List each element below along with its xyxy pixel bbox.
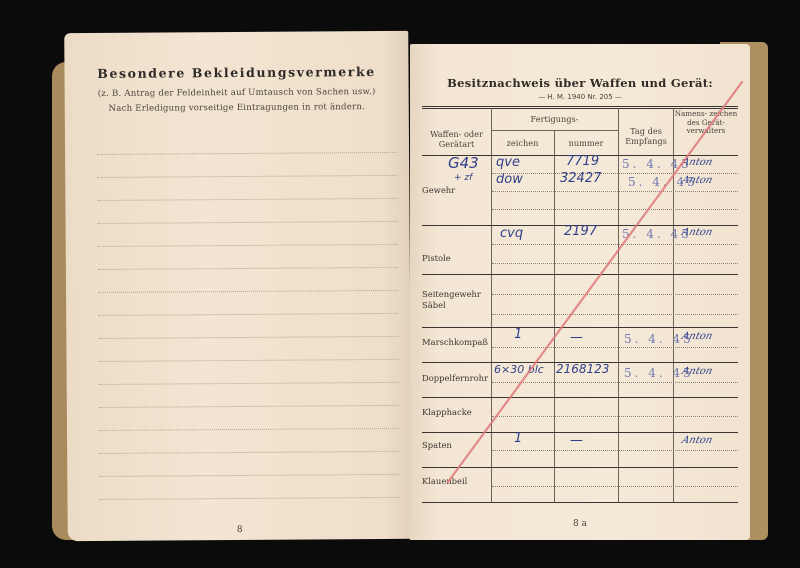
rifle-number: 7719 <box>566 154 599 169</box>
spade-initials: Anton <box>681 435 714 446</box>
rifle-mark: qve <box>496 155 520 170</box>
entry-line <box>492 450 738 451</box>
entry-line <box>492 244 738 245</box>
blank-line <box>99 359 399 362</box>
row-label-pistole: Pistole <box>422 253 451 264</box>
row-rule <box>422 274 738 275</box>
entry-line <box>492 294 738 295</box>
right-page-number: 8 a <box>410 519 750 529</box>
blank-line <box>97 198 397 201</box>
row-label-bayonet: Seitengewehr Säbel <box>422 289 484 311</box>
header-date-received: Tag des Empfangs <box>622 126 670 146</box>
pistol-number: 2197 <box>564 224 597 239</box>
right-page-regulation: — H. M. 1940 Nr. 205 — <box>410 93 750 101</box>
compass-initials: Anton <box>681 331 714 342</box>
binoculars-number: 2168123 <box>556 362 609 376</box>
blank-line <box>99 382 399 385</box>
blank-line <box>99 497 399 500</box>
compass-quantity: 1 <box>514 327 522 342</box>
entry-line <box>492 209 738 210</box>
pistol-initials: Anton <box>681 227 714 238</box>
row-label-gewehr: Gewehr <box>422 185 455 196</box>
header-mark: zeichen <box>491 138 554 148</box>
blank-line <box>99 451 399 454</box>
blank-line <box>99 428 399 431</box>
scope-initials: Anton <box>681 175 714 186</box>
row-rule <box>422 327 738 328</box>
row-label-folding-pick: Klapphacke <box>422 407 472 418</box>
column-divider <box>554 130 555 502</box>
entry-line <box>492 416 738 417</box>
entry-line <box>492 314 738 315</box>
blank-line <box>97 152 397 155</box>
header-manufacture: Fertigungs- <box>491 114 618 124</box>
blank-line <box>98 221 398 224</box>
blank-line <box>99 474 399 477</box>
header-custodian: Namens- zeichen des Gerät- verwalters <box>674 110 738 136</box>
spade-number: — <box>570 433 583 448</box>
scope-mark: dow <box>496 172 523 187</box>
scope-note-handwritten: + zf <box>454 173 472 183</box>
row-label-claw-axe: Klauenbeil <box>422 476 467 487</box>
blank-line <box>98 267 398 270</box>
entry-line <box>492 486 738 487</box>
row-rule <box>422 467 738 468</box>
blank-line <box>98 290 398 293</box>
blank-line <box>97 175 397 178</box>
entry-line <box>492 347 738 348</box>
entry-line <box>492 191 738 192</box>
spade-quantity: 1 <box>514 431 522 446</box>
left-page-title: Besondere Bekleidungsvermerke <box>64 64 408 81</box>
entry-line <box>492 382 738 383</box>
header-item-type: Waffen- oder Gerätart <box>422 129 491 149</box>
rifle-initials: Anton <box>681 157 714 168</box>
right-page: Besitznachweis über Waffen und Gerät: — … <box>410 44 750 540</box>
left-page: Besondere Bekleidungsvermerke (z. B. Ant… <box>64 31 412 541</box>
row-label-compass: Marschkompaß <box>422 337 488 348</box>
subheader-rule <box>491 130 618 131</box>
left-page-subtitle-1: (z. B. Antrag der Feldeinheit auf Umtaus… <box>65 87 409 99</box>
scope-number: 32427 <box>560 171 601 186</box>
blank-line <box>98 313 398 316</box>
left-page-subtitle-2: Nach Erledigung vorseitige Eintragungen … <box>65 102 409 114</box>
entry-line <box>492 263 738 264</box>
header-number: nummer <box>554 138 618 148</box>
entry-line <box>492 173 738 174</box>
row-label-binoculars: Doppelfernrohr <box>422 373 488 384</box>
binoculars-mark: 6×30 blc <box>494 363 544 376</box>
column-divider <box>618 108 619 502</box>
rifle-model-handwritten: G43 <box>448 154 479 172</box>
compass-number: — <box>570 330 583 345</box>
blank-line <box>98 244 398 247</box>
row-label-spade: Spaten <box>422 440 452 451</box>
pistol-mark: cvq <box>500 226 523 241</box>
blank-lines <box>64 31 408 33</box>
right-page-title: Besitznachweis über Waffen und Gerät: <box>410 76 750 90</box>
binoculars-initials: Anton <box>681 366 714 377</box>
table-bottom-rule <box>422 502 738 503</box>
left-page-number: 8 <box>68 524 412 536</box>
blank-line <box>99 405 399 408</box>
row-rule <box>422 397 738 398</box>
column-divider <box>491 108 492 502</box>
blank-line <box>98 336 398 339</box>
